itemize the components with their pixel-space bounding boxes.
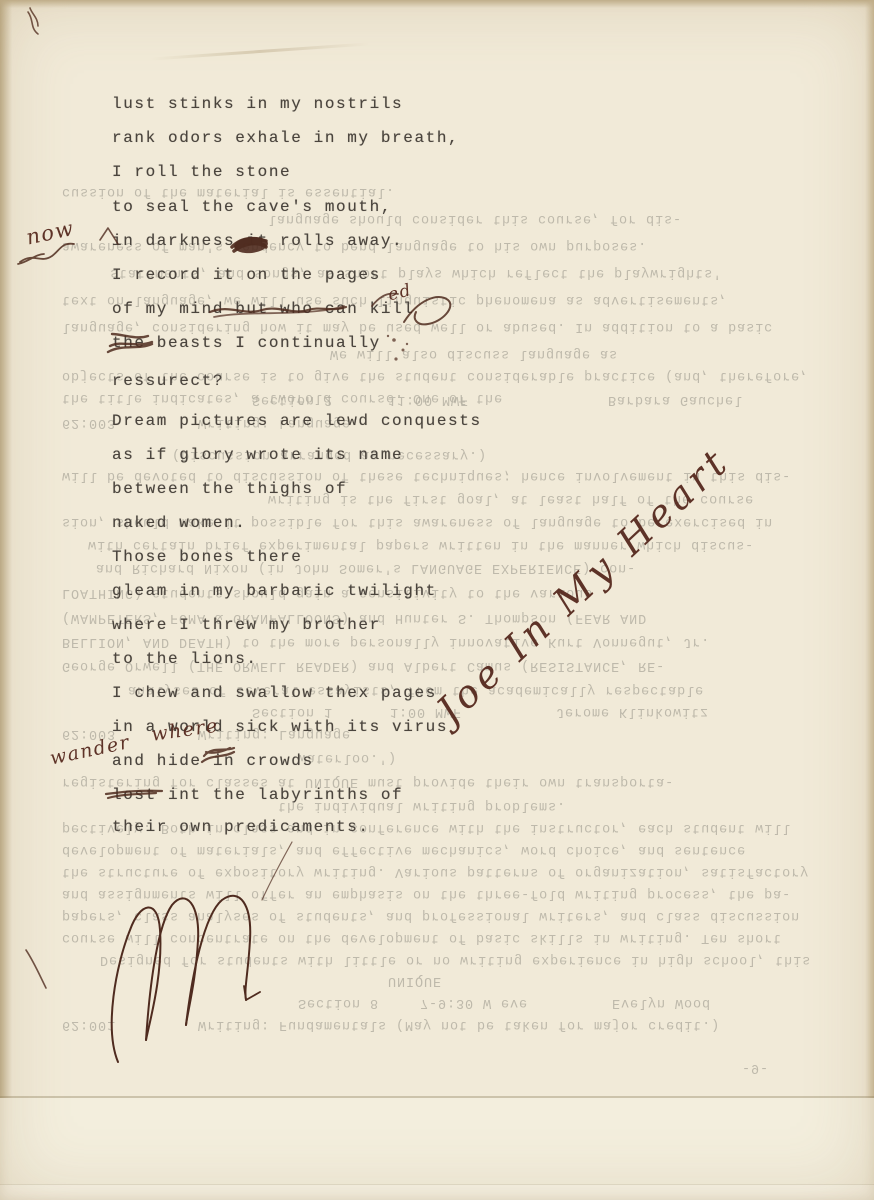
ghost-line: Section 1 (252, 704, 333, 719)
ink-mark-bottom-left (26, 950, 46, 988)
poem-line: rank odors exhale in my breath, (112, 129, 459, 147)
poem-line: to the lions. (112, 650, 258, 668)
ghost-line: papers, class analyses of students, and … (62, 908, 800, 923)
poem-segment-strike: but who can (235, 300, 358, 318)
poem-line: lost int the labyrinths of (112, 786, 403, 804)
poem-segment: in (157, 786, 191, 804)
poem-segment: lust stinks in my nostrils (112, 95, 403, 113)
poem-segment: between the thighs of (112, 480, 347, 498)
poem-line: ressurect? (112, 372, 224, 390)
fold-line (0, 1096, 874, 1098)
poem-segment: rolls away. (269, 232, 403, 250)
poem-line: I record it on the pages (112, 266, 381, 284)
poem-segment: and hide (112, 752, 213, 770)
ghost-line: 7-9:30 W eve (420, 995, 528, 1010)
ghost-line: Section 8 (298, 995, 379, 1010)
poem-line: of my mind but who can kill (112, 300, 414, 318)
poem-segment: I roll the stone (112, 163, 291, 181)
poem-segment: Those bones there (112, 548, 302, 566)
poem-line: naked women. (112, 514, 246, 532)
ghost-line: language, considering how it may be used… (62, 319, 773, 334)
poem-line: between the thighs of (112, 480, 347, 498)
poem-line: Those bones there (112, 548, 302, 566)
ghost-line: Designed for students with little or no … (100, 952, 811, 967)
poem-segment-scratch: the (112, 334, 146, 352)
poem-segment-slashed: x (358, 684, 369, 702)
poem-segment: naked women. (112, 514, 246, 532)
ghost-line: Jerome Klinkowitz (556, 704, 709, 719)
poem-segment: the labyrinths of (202, 786, 404, 804)
poem-segment-strike: lost (112, 786, 157, 804)
poem-segment: I chew and swallow the (112, 684, 358, 702)
ghost-line: course will concentrate on the developme… (62, 930, 782, 945)
poem-line: in darkness it rolls away. (112, 232, 403, 250)
ghost-line: Writing: Fundamentals (May not be taken … (198, 1017, 720, 1032)
poem-line: I chew and swallow thex pages (112, 684, 437, 702)
poem-line: I roll the stone (112, 163, 291, 181)
ghost-line: 62:003 (62, 415, 116, 430)
poem-segment: to seal the cave's mouth, (112, 198, 392, 216)
paper-left-edge (0, 0, 12, 1200)
poem-segment-scratch: in (213, 752, 235, 770)
paper-bottom-band (0, 1098, 874, 1200)
poem-segment: in darkness (112, 232, 246, 250)
ghost-line: and assignments will offer an emphasis o… (62, 886, 791, 901)
ghost-line: the structure of expository writing. Var… (62, 864, 809, 879)
ghost-line: cussion of the material is essential. (62, 184, 395, 199)
ghost-line: 11:00 MWF (388, 392, 469, 407)
paper-crease (150, 42, 370, 60)
paper-right-edge (865, 0, 874, 1200)
corner-ink-mark-top-left (28, 8, 38, 34)
poem-segment: kill (358, 300, 414, 318)
poem-segment: I record it on the pages (112, 266, 381, 284)
scanned-poem-page: cussion of the material is essential.lan… (0, 0, 874, 1200)
ghost-line: UNIQUE (388, 973, 442, 988)
poem-line: lust stinks in my nostrils (112, 95, 403, 113)
poem-segment: rank odors exhale in my breath, (112, 129, 459, 147)
poem-segment: Dream pictures are lewd conquests (112, 412, 482, 430)
poem-segment: their own predicaments. (112, 818, 370, 836)
paper-top-edge (0, 0, 874, 8)
poem-line: gleam in my barbaric twilight (112, 582, 437, 600)
poem-line: the beasts I continually (112, 334, 381, 352)
poem-segment: ressurect? (112, 372, 224, 390)
poem-segment-slashed: t (190, 786, 201, 804)
ghost-line: BELLION, AND DEATH) to the more personal… (62, 634, 710, 649)
poem-line: where I threw my brother (112, 616, 381, 634)
poem-segment: as if glory wrote its name (112, 446, 403, 464)
poem-segment: of my mind (112, 300, 235, 318)
poem-segment-blot: it (246, 232, 268, 250)
ghost-line: Barbara Gauchel (608, 392, 743, 407)
scan-bottom-strip (0, 1184, 874, 1200)
poem-segment: crowds (235, 752, 313, 770)
poem-segment: where I threw my brother (112, 616, 381, 634)
poem-segment: to the lions. (112, 650, 258, 668)
poem-line: and hide in crowds (112, 752, 314, 770)
ghost-line: development of materials, and effective … (62, 842, 746, 857)
poem-segment: beasts I continually (146, 334, 381, 352)
poem-segment: gleam in my barbaric twilight (112, 582, 437, 600)
poem-line: Dream pictures are lewd conquests (112, 412, 482, 430)
ghost-line: 62:001 (62, 1017, 116, 1032)
poem-line: their own predicaments. (112, 818, 370, 836)
poem-line: to seal the cave's mouth, (112, 198, 392, 216)
poem-line: as if glory wrote its name (112, 446, 403, 464)
ghost-line: Evelyn Wood (612, 995, 711, 1010)
ghost-line: -9- (742, 1060, 769, 1075)
ghost-line: Section 2 (252, 392, 333, 407)
